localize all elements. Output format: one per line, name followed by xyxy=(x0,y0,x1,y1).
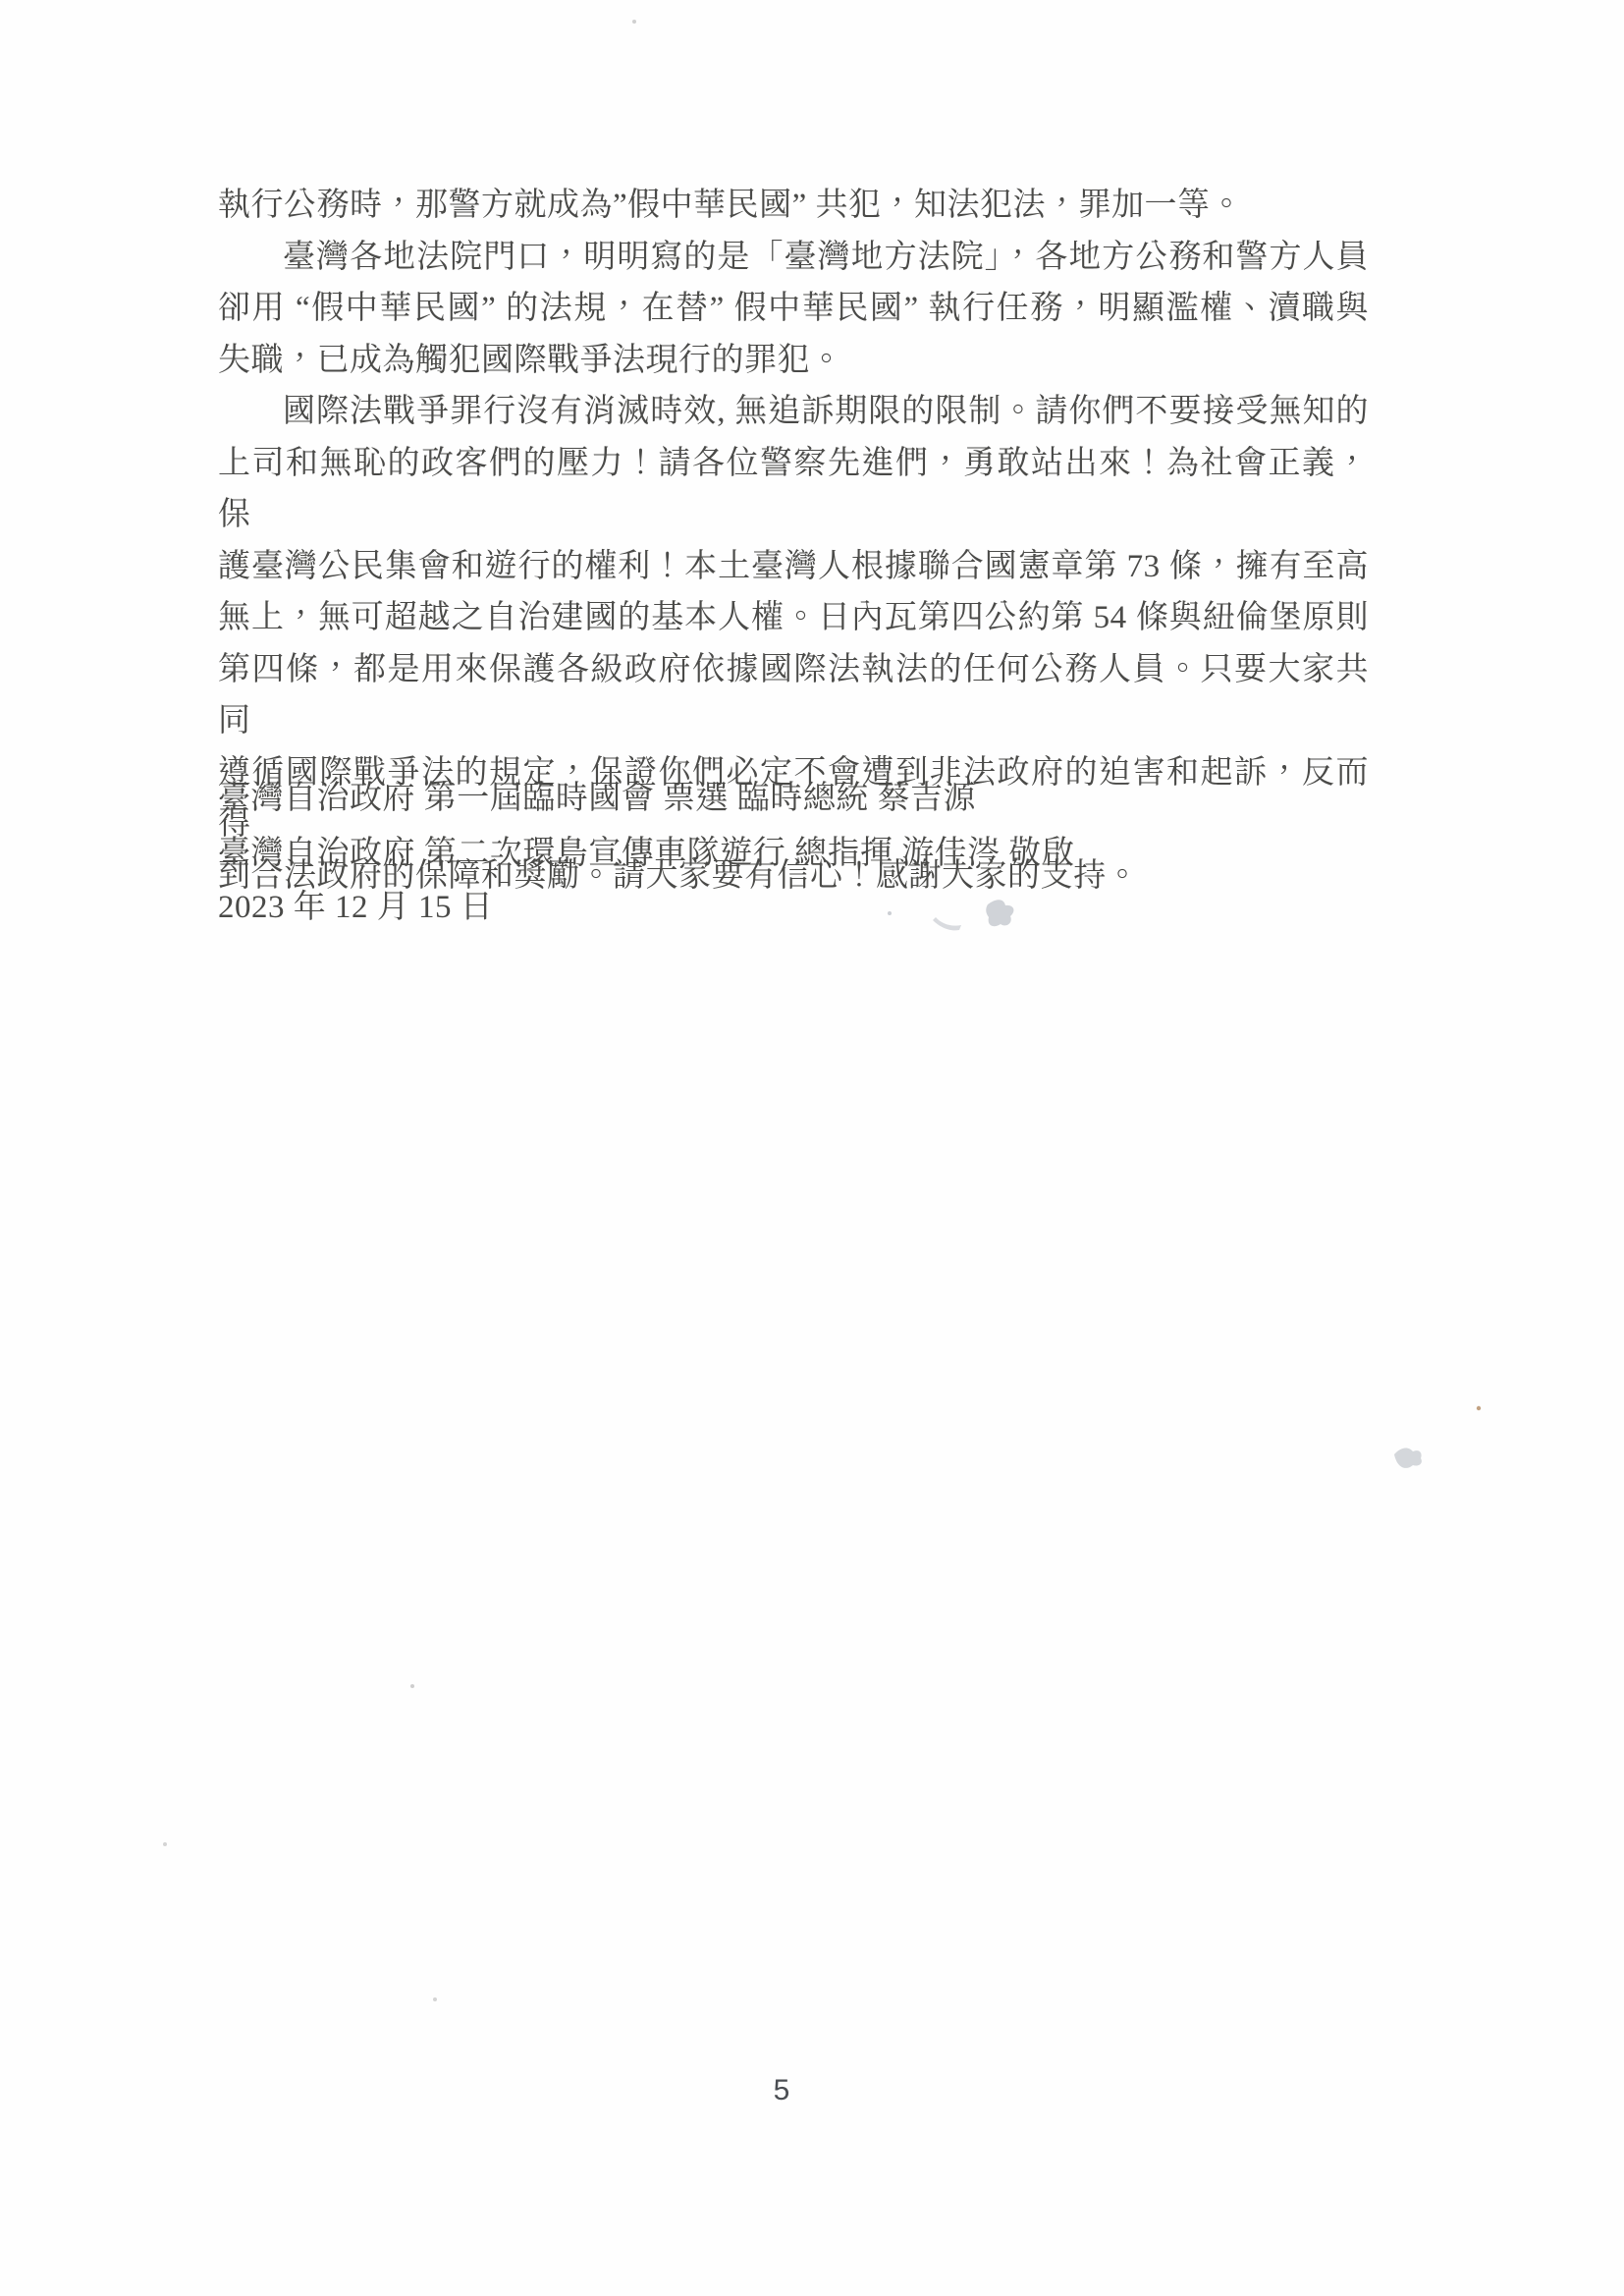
document-page: 執行公務時，那警方就成為”假中華民國” 共犯，知法犯法，罪加一等。 臺灣各地法院… xyxy=(0,0,1624,2296)
scan-speck xyxy=(163,1842,167,1846)
scan-speck xyxy=(1477,1406,1481,1410)
scan-speck xyxy=(433,1997,437,2001)
body-line: 第四條，都是用來保護各級政府依據國際法執法的任何公務人員。只要大家共同 xyxy=(218,644,1369,747)
signature-block: 臺灣自治政府 第一屆臨時國會 票選 臨時總統 蔡吉源 臺灣自治政府 第二次環島宣… xyxy=(218,772,1369,936)
body-line: 國際法戰爭罪行沒有消滅時效, 無追訴期限的限制。請你們不要接受無知的 xyxy=(218,386,1369,438)
signature-line: 臺灣自治政府 第一屆臨時國會 票選 臨時總統 蔡吉源 xyxy=(218,772,1369,827)
scan-speck xyxy=(632,20,636,24)
body-line: 護臺灣公民集會和遊行的權利！本土臺灣人根據聯合國憲章第 73 條，擁有至高 xyxy=(218,541,1369,593)
body-line: 上司和無恥的政客們的壓力！請各位警察先進們，勇敢站出來！為社會正義，保 xyxy=(218,438,1369,541)
body-line: 卻用 “假中華民國” 的法規，在替” 假中華民國” 執行任務，明顯濫權、瀆職與 xyxy=(218,283,1369,335)
signature-line: 臺灣自治政府 第二次環島宣傳車隊遊行 總指揮 游佳涔 敬啟 xyxy=(218,827,1369,882)
body-line: 無上，無可超越之自治建國的基本人權。日內瓦第四公約第 54 條與紐倫堡原則 xyxy=(218,592,1369,644)
body-line: 失職，已成為觸犯國際戰爭法現行的罪犯。 xyxy=(218,335,1369,387)
scan-smudge xyxy=(1394,1448,1422,1467)
body-line: 執行公務時，那警方就成為”假中華民國” 共犯，知法犯法，罪加一等。 xyxy=(218,180,1369,232)
scan-speck xyxy=(410,1684,414,1688)
date-line: 2023 年 12 月 15 日 xyxy=(218,881,1369,936)
body-line: 臺灣各地法院門口，明明寫的是「臺灣地方法院」，各地方公務和警方人員 xyxy=(218,232,1369,284)
page-number: 5 xyxy=(756,2074,807,2107)
